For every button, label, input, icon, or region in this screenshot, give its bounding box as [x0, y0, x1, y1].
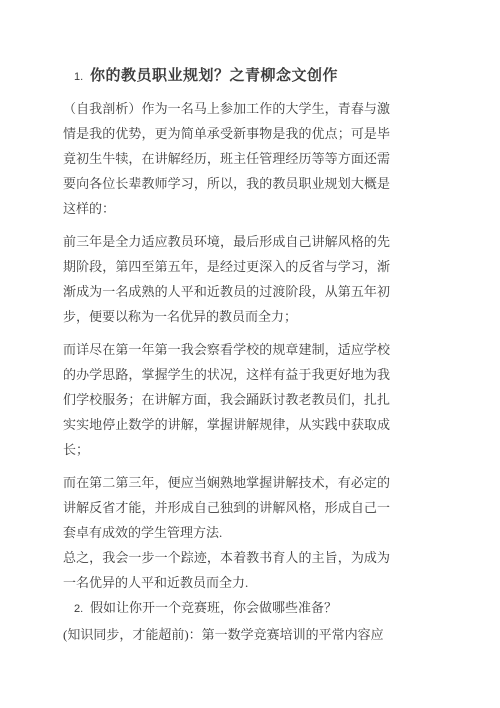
- closing-line: (知识同步，才能超前)：第一数学竞赛培训的平常内容应: [63, 622, 390, 647]
- paragraph-self-analysis: （自我剖析）作为一名马上参加工作的大学生，青春与激情是我的优势，更为简单承受新事…: [63, 96, 390, 221]
- document-content: 1. 你的教员职业规划？之青柳念文创作 （自我剖析）作为一名马上参加工作的大学生…: [63, 64, 390, 647]
- paragraph-summary: 总之，我会一步一个踪迹，本着教书育人的主旨，为成为一名优异的人平和近教员而全力.: [63, 545, 390, 595]
- document-page: 1. 你的教员职业规划？之青柳念文创作 （自我剖析）作为一名马上参加工作的大学生…: [0, 0, 500, 708]
- question-1-number: 1.: [74, 71, 90, 83]
- question-2-item: 2. 假如让你开一个竞赛班，你会做哪些准备？: [63, 595, 390, 622]
- question-1-title: 你的教员职业规划？之青柳念文创作: [90, 64, 338, 88]
- paragraph-first-year-detail: 而详尽在第一年第一我会察看学校的规章建制，适应学校的办学思路，掌握学生的状况，这…: [63, 337, 390, 462]
- paragraph-three-year-plan: 前三年是全力适应教员环境，最后形成自己讲解风格的先期阶段，第四至第五年，是经过更…: [63, 229, 390, 329]
- paragraph-second-third-year: 而在第二第三年，便应当娴熟地掌握讲解技术，有必定的讲解反省才能，并形成自己独到的…: [63, 470, 390, 545]
- question-1-item: 1. 你的教员职业规划？之青柳念文创作: [63, 64, 390, 88]
- question-2-number: 2.: [74, 597, 90, 622]
- question-2-title: 假如让你开一个竞赛班，你会做哪些准备？: [90, 595, 337, 620]
